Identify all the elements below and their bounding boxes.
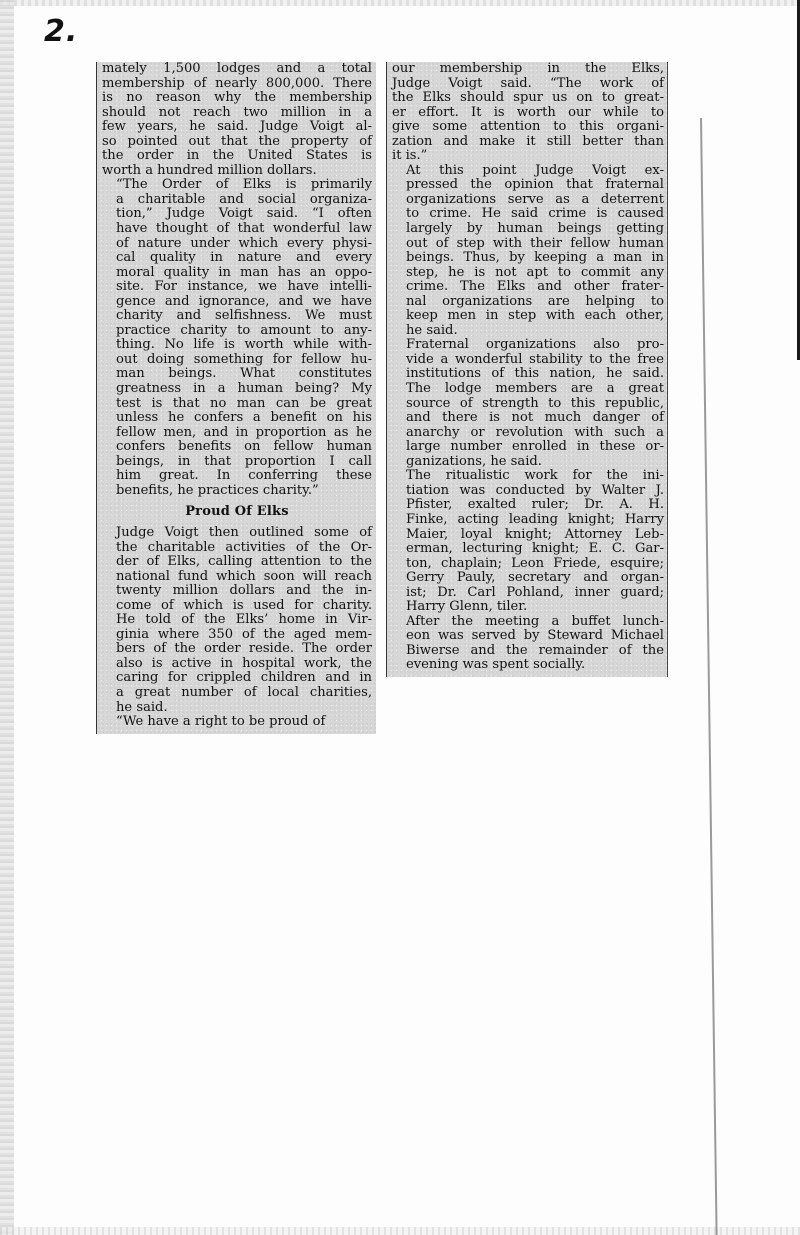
text-line: it is.” [392, 149, 664, 164]
text-line: a charitable and social organiza- [102, 193, 372, 208]
text-line: step, he is not apt to commit any [392, 266, 664, 281]
text-line: Judge Voigt then outlined some of [102, 526, 372, 541]
text-line: membership of nearly 800,000. There [102, 77, 372, 92]
text-line: gence and ignorance, and we have [102, 295, 372, 310]
text-line: organizations serve as a deterrent [392, 193, 664, 208]
paragraph: “The Order of Elks is primarilya charita… [102, 178, 372, 498]
text-line: ginia where 350 of the aged mem- [102, 628, 372, 643]
text-line: He told of the Elks’ home in Vir- [102, 613, 372, 628]
text-line: er effort. It is worth our while to [392, 106, 664, 121]
text-line: large number enrolled in these or- [392, 440, 664, 455]
text-line: so pointed out that the property of [102, 135, 372, 150]
text-line: to crime. He said crime is caused [392, 207, 664, 222]
text-line: eon was served by Steward Michael [392, 629, 664, 644]
page-number: 2. [44, 14, 78, 49]
text-line: Pfister, exalted ruler; Dr. A. H. [392, 498, 664, 513]
text-line: ganizations, he said. [392, 455, 664, 470]
text-line: the charitable activities of the Or- [102, 541, 372, 556]
scan-edge-top [0, 0, 800, 6]
article-subhead: Proud Of Elks [102, 505, 372, 520]
text-line: the order in the United States is [102, 149, 372, 164]
text-line: greatness in a human being? My [102, 382, 372, 397]
text-line: thing. No life is worth while with- [102, 338, 372, 353]
paragraph: our membership in the Elks,Judge Voigt s… [392, 62, 664, 164]
scan-edge-bottom [0, 1227, 800, 1235]
text-line: keep men in step with each other, [392, 309, 664, 324]
text-line: worth a hundred million dollars. [102, 164, 372, 179]
text-line: also is active in hospital work, the [102, 657, 372, 672]
text-line: “The Order of Elks is primarily [102, 178, 372, 193]
text-line: few years, he said. Judge Voigt al- [102, 120, 372, 135]
text-line: Biwerse and the remainder of the [392, 644, 664, 659]
text-line: ton, chaplain; Leon Friede, esquire; [392, 557, 664, 572]
text-line: crime. The Elks and other frater- [392, 280, 664, 295]
text-line: test is that no man can be great [102, 397, 372, 412]
text-line: confers benefits on fellow human [102, 440, 372, 455]
text-line: Gerry Pauly, secretary and organ- [392, 571, 664, 586]
text-line: and there is not much danger of [392, 411, 664, 426]
text-line: At this point Judge Voigt ex- [392, 164, 664, 179]
text-line: unless he confers a benefit on his [102, 411, 372, 426]
paragraph: Fraternal organizations also pro-vide a … [392, 338, 664, 469]
text-line: source of strength to this republic, [392, 397, 664, 412]
column-rule [667, 62, 668, 677]
text-line: of nature under which every physi- [102, 237, 372, 252]
text-line: Judge Voigt said. “The work of [392, 77, 664, 92]
text-line: largely by human beings getting [392, 222, 664, 237]
text-line: should not reach two million in a [102, 106, 372, 121]
text-line: mately 1,500 lodges and a total [102, 62, 372, 77]
text-line: The lodge members are a great [392, 382, 664, 397]
paragraph: “We have a right to be proud of [102, 715, 372, 730]
text-line: give some attention to this organi- [392, 120, 664, 135]
text-line: “We have a right to be proud of [102, 715, 372, 730]
text-line: caring for crippled children and in [102, 671, 372, 686]
text-line: twenty million dollars and the in- [102, 584, 372, 599]
paragraph: At this point Judge Voigt ex-pressed the… [392, 164, 664, 339]
scan-edge-left [0, 0, 14, 1235]
text-line: Harry Glenn, tiler. [392, 600, 664, 615]
text-line: cal quality in nature and every [102, 251, 372, 266]
page-fold-line [700, 118, 718, 1235]
text-line: Maier, loyal knight; Attorney Leb- [392, 528, 664, 543]
article-column-right: our membership in the Elks,Judge Voigt s… [386, 62, 668, 677]
text-line: evening was spent socially. [392, 658, 664, 673]
text-line: tiation was conducted by Walter J. [392, 484, 664, 499]
text-line: benefits, he practices charity.” [102, 484, 372, 499]
text-line: After the meeting a buffet lunch- [392, 615, 664, 630]
text-line: moral quality in man has an oppo- [102, 266, 372, 281]
text-line: the Elks should spur us on to great- [392, 91, 664, 106]
text-line: der of Elks, calling attention to the [102, 555, 372, 570]
paragraph: The ritualistic work for the ini-tiation… [392, 469, 664, 614]
text-line: erman, lecturing knight; E. C. Gar- [392, 542, 664, 557]
text-line: man beings. What constitutes [102, 367, 372, 382]
text-line: out doing something for fellow hu- [102, 353, 372, 368]
text-line: Fraternal organizations also pro- [392, 338, 664, 353]
text-line: ist; Dr. Carl Pohland, inner guard; [392, 586, 664, 601]
text-line: our membership in the Elks, [392, 62, 664, 77]
paragraph: Judge Voigt then outlined some ofthe cha… [102, 526, 372, 715]
text-line: Finke, acting leading knight; Harry [392, 513, 664, 528]
text-line: he said. [102, 701, 372, 716]
text-line: anarchy or revolution with such a [392, 426, 664, 441]
text-line: pressed the opinion that fraternal [392, 178, 664, 193]
text-line: out of step with their fellow human [392, 237, 664, 252]
text-line: fellow men, and in proportion as he [102, 426, 372, 441]
paragraph: After the meeting a buffet lunch-eon was… [392, 615, 664, 673]
text-line: national fund which soon will reach [102, 570, 372, 585]
text-line: practice charity to amount to any- [102, 324, 372, 339]
text-line: tion,” Judge Voigt said. “I often [102, 207, 372, 222]
text-line: site. For instance, we have intelli- [102, 280, 372, 295]
text-line: institutions of this nation, he said. [392, 367, 664, 382]
text-line: he said. [392, 324, 664, 339]
text-line: nal organizations are helping to [392, 295, 664, 310]
text-line: come of which is used for charity. [102, 599, 372, 614]
text-line: charity and selfishness. We must [102, 309, 372, 324]
text-line: have thought of that wonderful law [102, 222, 372, 237]
text-line: beings. Thus, by keeping a man in [392, 251, 664, 266]
text-line: is no reason why the membership [102, 91, 372, 106]
text-line: vide a wonderful stability to the free [392, 353, 664, 368]
article-column-left: mately 1,500 lodges and a totalmembershi… [96, 62, 376, 734]
text-line: The ritualistic work for the ini- [392, 469, 664, 484]
text-line: zation and make it still better than [392, 135, 664, 150]
text-line: bers of the order reside. The order [102, 642, 372, 657]
text-line: a great number of local charities, [102, 686, 372, 701]
paragraph: mately 1,500 lodges and a totalmembershi… [102, 62, 372, 178]
text-line: beings, in that proportion I call [102, 455, 372, 470]
text-line: him great. In conferring these [102, 469, 372, 484]
